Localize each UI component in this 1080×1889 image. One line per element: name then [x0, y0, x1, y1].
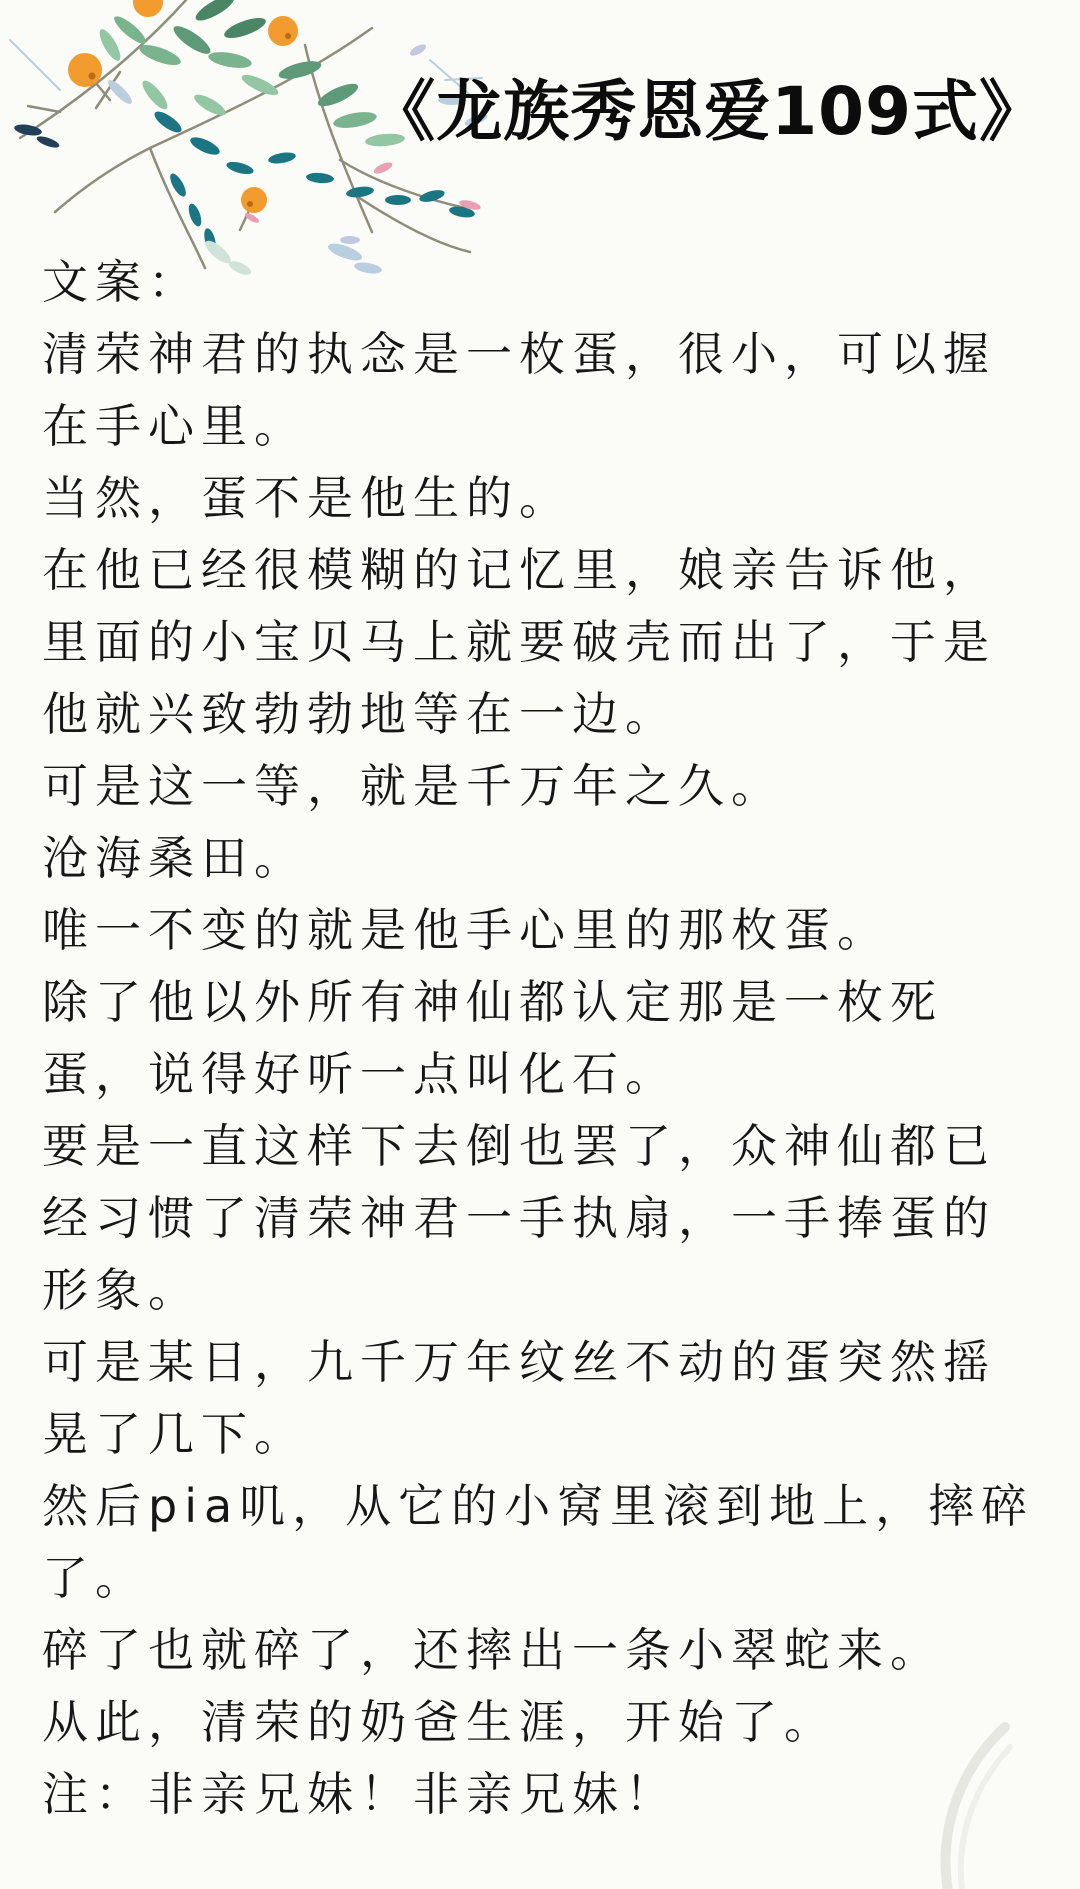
synopsis-line: 他就兴致勃勃地等在一边。 — [42, 678, 1052, 750]
synopsis-line: 从此，清荣的奶爸生涯，开始了。 — [42, 1686, 1052, 1758]
synopsis-line: 碎了也就碎了，还摔出一条小翠蛇来。 — [42, 1614, 1052, 1686]
synopsis-line: 蛋，说得好听一点叫化石。 — [42, 1038, 1052, 1110]
synopsis-line: 除了他以外所有神仙都认定那是一枚死 — [42, 966, 1052, 1038]
synopsis-label-line: 文案： — [42, 246, 1052, 318]
synopsis-line: 唯一不变的就是他手心里的那枚蛋。 — [42, 894, 1052, 966]
synopsis-line: 要是一直这样下去倒也罢了，众神仙都已 — [42, 1110, 1052, 1182]
synopsis-line: 可是这一等，就是千万年之久。 — [42, 750, 1052, 822]
synopsis-note-line: 注：非亲兄妹！非亲兄妹！ — [42, 1758, 1052, 1830]
synopsis-line: 在手心里。 — [42, 390, 1052, 462]
synopsis-text: 文案： 清荣神君的执念是一枚蛋，很小，可以握 在手心里。 当然，蛋不是他生的。 … — [42, 246, 1052, 1830]
synopsis-line: 沧海桑田。 — [42, 822, 1052, 894]
green-leaves — [96, 0, 406, 148]
synopsis-line: 经习惯了清荣神君一手执扇，一手捧蛋的 — [42, 1182, 1052, 1254]
synopsis-line: 形象。 — [42, 1254, 1052, 1326]
synopsis-card: 《龙族秀恩爱109式》 文案： 清荣神君的执念是一枚蛋，很小，可以握 在手心里。… — [0, 0, 1080, 1889]
page-title: 《龙族秀恩爱109式》 — [369, 58, 1046, 153]
orange-berries — [68, 0, 298, 213]
synopsis-line: 当然，蛋不是他生的。 — [42, 462, 1052, 534]
synopsis-line: 晃了几下。 — [42, 1398, 1052, 1470]
synopsis-line: 然后pia叽，从它的小窝里滚到地上，摔碎 — [42, 1470, 1052, 1542]
synopsis-line: 了。 — [42, 1542, 1052, 1614]
synopsis-line: 清荣神君的执念是一枚蛋，很小，可以握 — [42, 318, 1052, 390]
synopsis-line: 里面的小宝贝马上就要破壳而出了，于是 — [42, 606, 1052, 678]
navy-leaves — [13, 123, 60, 150]
synopsis-line: 可是某日，九千万年纹丝不动的蛋突然摇 — [42, 1326, 1052, 1398]
synopsis-line: 在他已经很模糊的记忆里，娘亲告诉他， — [42, 534, 1052, 606]
